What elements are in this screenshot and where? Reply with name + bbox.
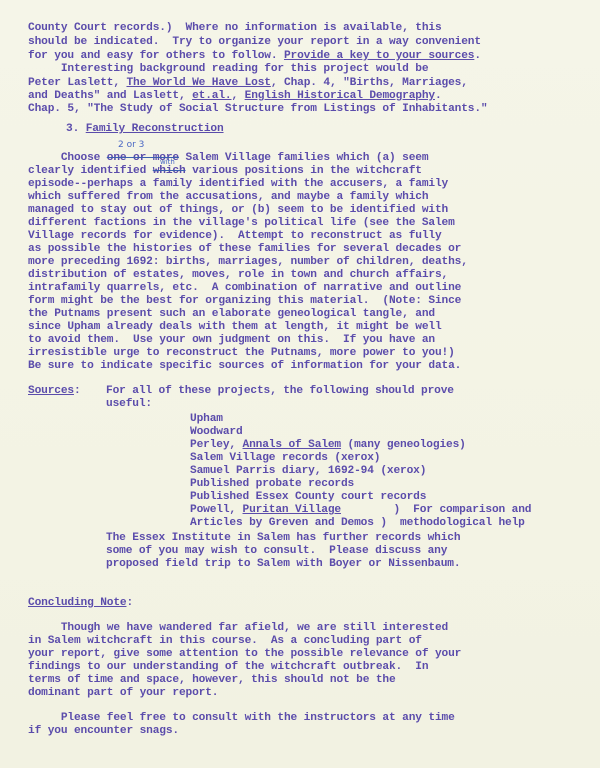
section-number: 3. (66, 123, 86, 135)
source-item: Powell, Puritan Village ) For comparison… (190, 504, 531, 517)
text: Salem Village families which (a) seem (179, 152, 428, 164)
source-item: Samuel Parris diary, 1692-94 (xerox) (190, 465, 426, 478)
reading-line: Interesting background reading for this … (28, 63, 428, 76)
text: clearly identified (28, 165, 153, 177)
colon: : (126, 597, 133, 609)
colon: : (74, 385, 81, 397)
intro-line: for you and easy for others to follow. P… (28, 50, 481, 63)
text: Peter Laslett, (28, 77, 126, 89)
final-line: if you encounter snags. (28, 725, 179, 738)
text: Powell, (190, 504, 243, 516)
source-item: Published Essex County court records (190, 491, 426, 504)
body-line: episode--perhaps a family identified wit… (28, 178, 448, 191)
final-line: Please feel free to consult with the ins… (28, 712, 455, 725)
body-line: irresistible urge to reconstruct the Put… (28, 347, 455, 360)
concluding-label: Concluding Note: (28, 597, 133, 610)
intro-line: should be indicated. Try to organize you… (28, 36, 481, 49)
sources-intro: For all of these projects, the following… (106, 385, 454, 398)
text: Choose (28, 152, 107, 164)
label: Sources (28, 385, 74, 397)
body-line: as possible the histories of these famil… (28, 243, 461, 256)
sources-label: Sources: (28, 385, 81, 398)
source-item: Woodward (190, 426, 243, 439)
source-item: Upham (190, 413, 223, 426)
book-title: English Historical Demography (245, 90, 435, 102)
body-line: since Upham already deals with them at l… (28, 321, 442, 334)
reading-line: and Deaths" and Laslett, et.al., English… (28, 90, 442, 103)
intro-text: for you and easy for others to follow. (28, 50, 284, 62)
section-title: Family Reconstruction (86, 123, 224, 135)
body-line: to avoid them. Use your own judgment on … (28, 334, 435, 347)
struck-text: which (153, 165, 186, 177)
label: Concluding Note (28, 597, 126, 609)
concluding-line: dominant part of your report. (28, 687, 218, 700)
intro-line: County Court records.) Where no informat… (28, 22, 442, 35)
concluding-line: Though we have wandered far afield, we a… (28, 622, 448, 635)
body-line: the Putnams present such an elaborate ge… (28, 308, 435, 321)
body-line: different factions in the village's poli… (28, 217, 455, 230)
text: , Chap. 4, "Births, Marriages, (271, 77, 468, 89)
text: (many geneologies) (341, 439, 466, 451)
section-heading: 3. Family Reconstruction (66, 123, 224, 136)
body-line: more preceding 1692: births, marriages, … (28, 256, 468, 269)
body-line: managed to stay out of things, or (b) se… (28, 204, 448, 217)
source-item: Salem Village records (xerox) (190, 452, 380, 465)
handwritten-insert: 2 or 3 (118, 140, 144, 150)
source-item: Perley, Annals of Salem (many geneologie… (190, 439, 466, 452)
essex-line: proposed field trip to Salem with Boyer … (106, 558, 460, 571)
reading-line: Chap. 5, "The Study of Social Structure … (28, 103, 487, 116)
concluding-line: your report, give some attention to the … (28, 648, 461, 661)
body-line: which suffered from the accusations, and… (28, 191, 428, 204)
body-line: Choose one or more Salem Village familie… (28, 152, 428, 165)
text: and Deaths" and Laslett, (28, 90, 192, 102)
book-title: The World We Have Lost (126, 77, 270, 89)
book-title: Puritan Village (243, 504, 341, 516)
text: , (231, 90, 244, 102)
source-item: Published probate records (190, 478, 354, 491)
concluding-line: terms of time and space, however, this s… (28, 674, 396, 687)
essex-line: some of you may wish to consult. Please … (106, 545, 447, 558)
body-line: clearly identified which various positio… (28, 165, 422, 178)
period: . (474, 50, 481, 62)
text: various positions in the witchcraft (186, 165, 422, 177)
book-title: Annals of Salem (243, 439, 341, 451)
typed-page: County Court records.) Where no informat… (0, 0, 600, 768)
concluding-line: in Salem witchcraft in this course. As a… (28, 635, 422, 648)
essex-line: The Essex Institute in Salem has further… (106, 532, 460, 545)
et-al: et.al. (192, 90, 231, 102)
text: ) For comparison and (341, 504, 531, 516)
sources-intro: useful: (106, 398, 152, 411)
key-to-sources: Provide a key to your sources (284, 50, 474, 62)
body-line: Village records for evidence). Attempt t… (28, 230, 442, 243)
body-line: Be sure to indicate specific sources of … (28, 360, 461, 373)
body-line: intrafamily quarrels, etc. A combination… (28, 282, 461, 295)
body-line: form might be the best for organizing th… (28, 295, 461, 308)
body-line: distribution of estates, moves, role in … (28, 269, 448, 282)
source-item: Articles by Greven and Demos ) methodolo… (190, 517, 525, 530)
text: . (435, 90, 442, 102)
reading-line: Peter Laslett, The World We Have Lost, C… (28, 77, 468, 90)
concluding-line: findings to our understanding of the wit… (28, 661, 428, 674)
text: Perley, (190, 439, 243, 451)
